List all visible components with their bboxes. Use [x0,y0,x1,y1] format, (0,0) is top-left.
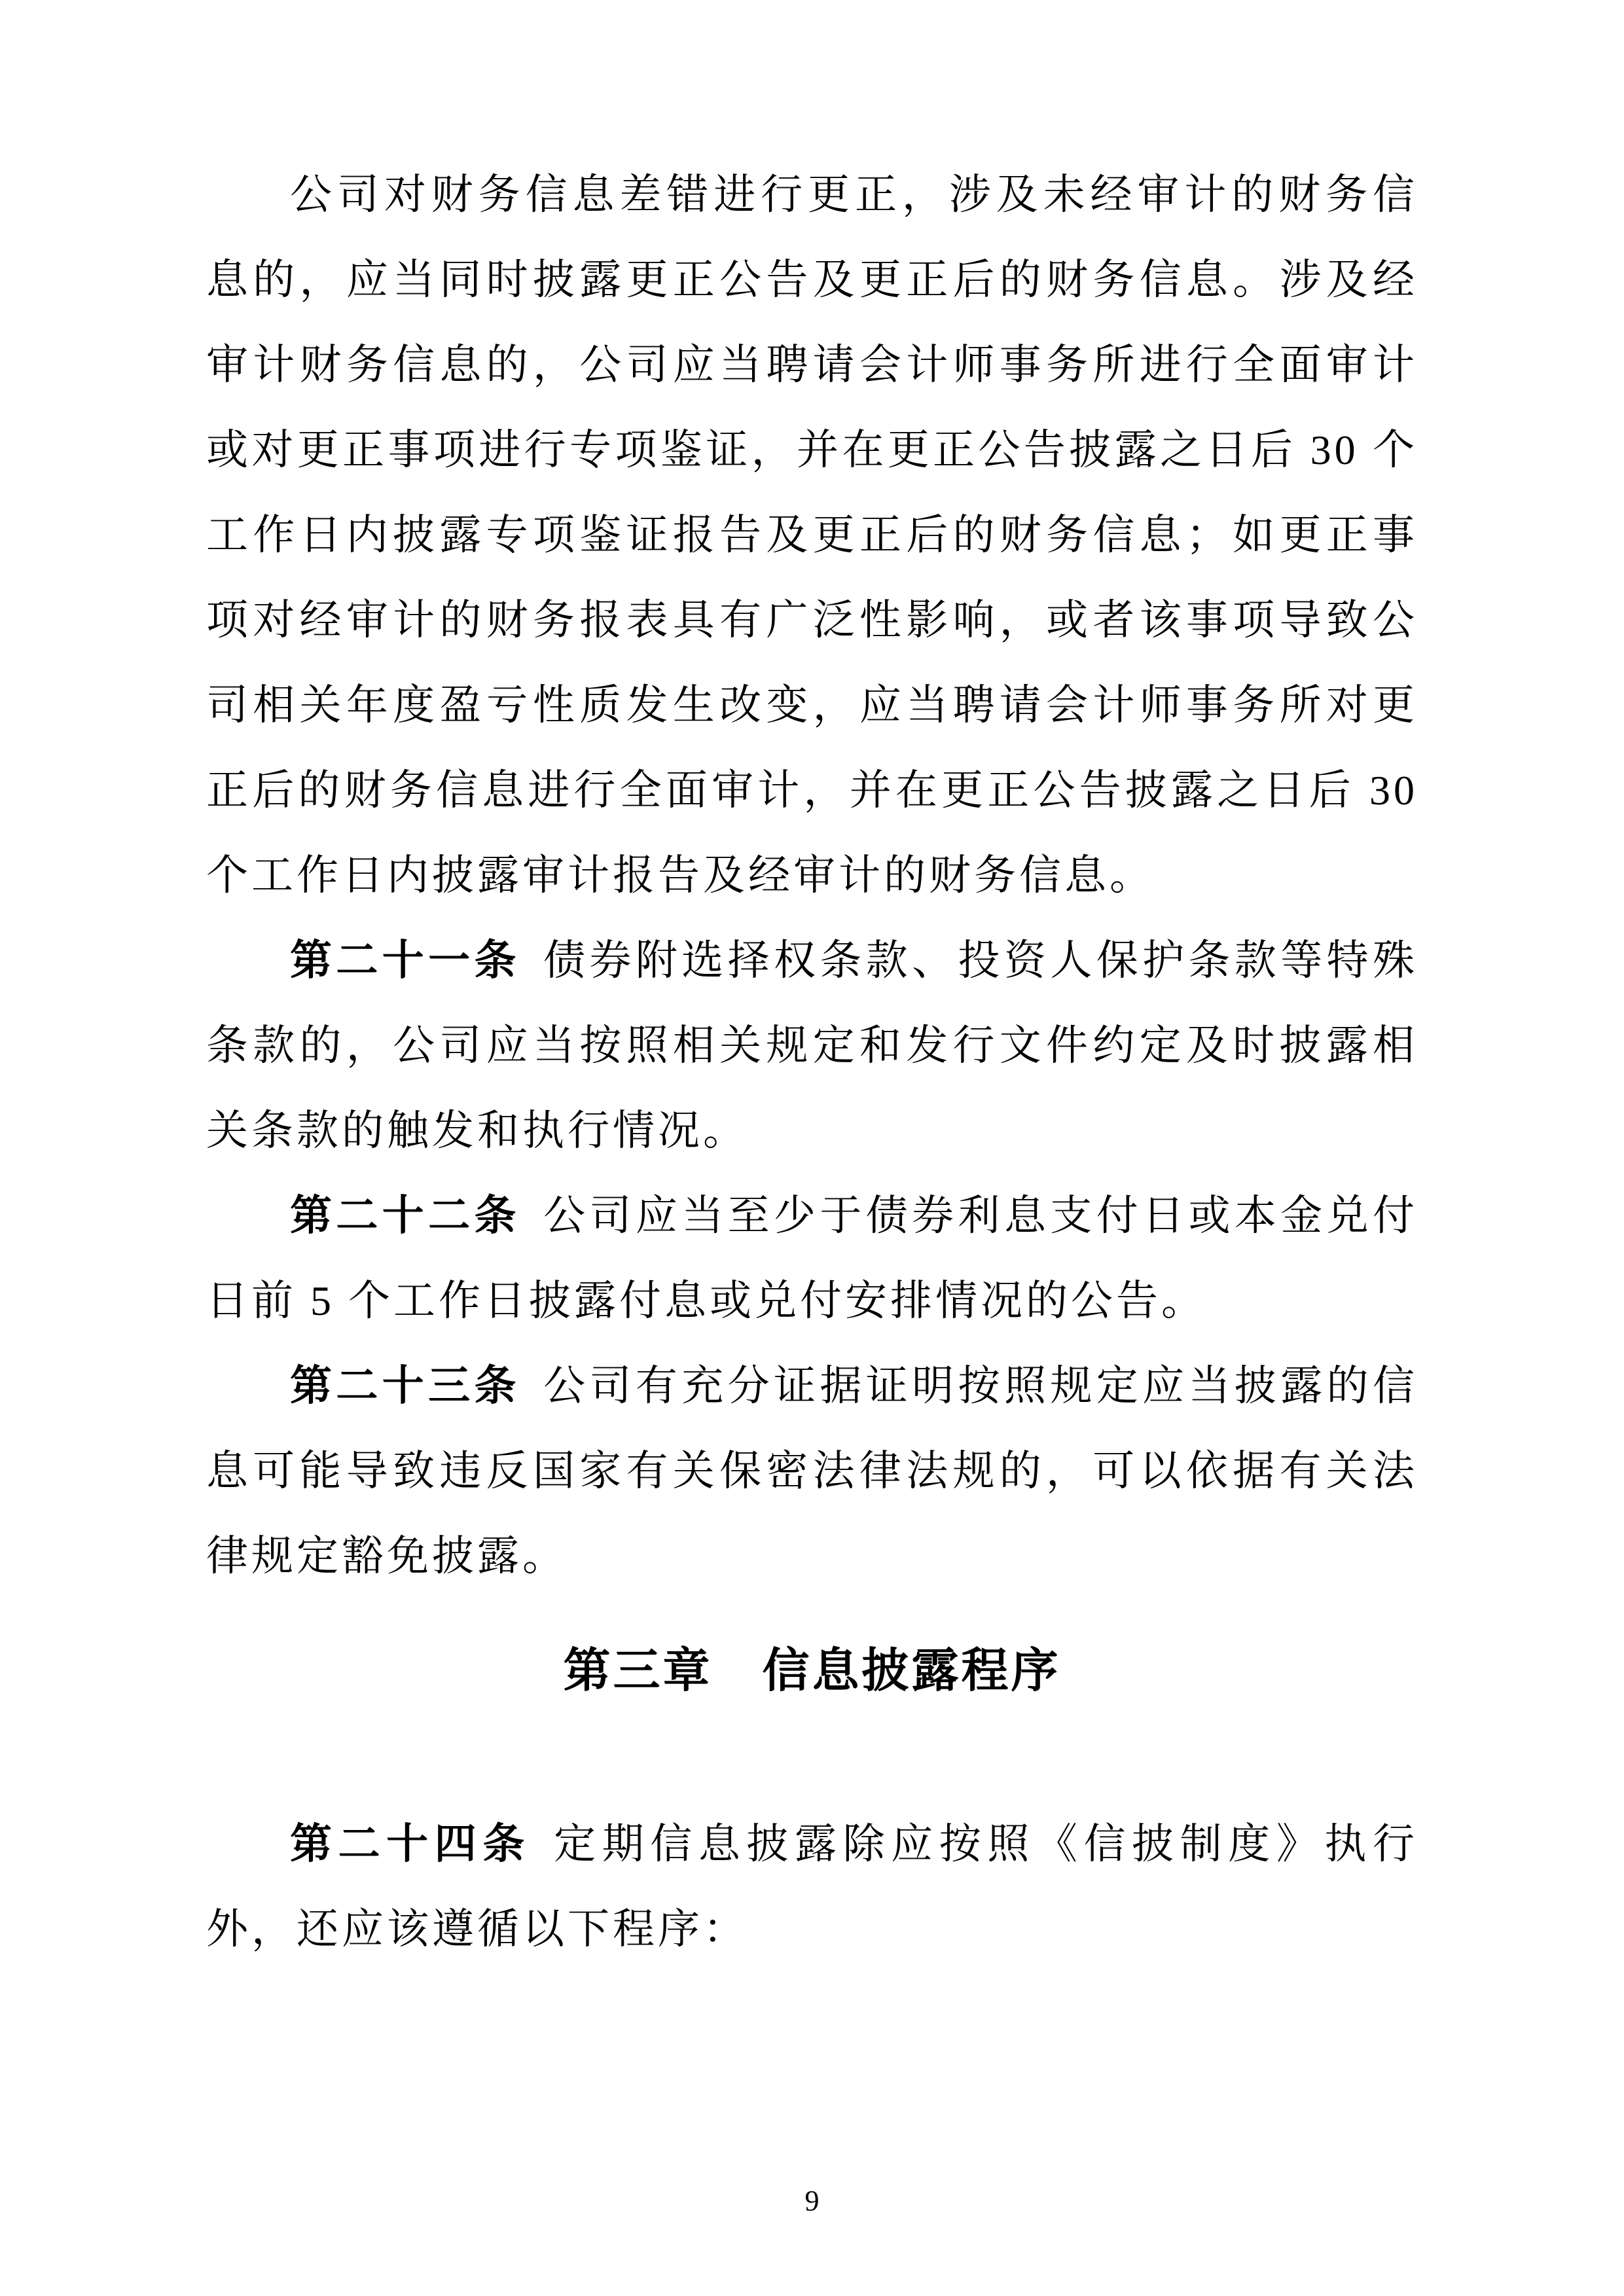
paragraph-financial-correction: 公司对财务信息差错进行更正，涉及未经审计的财务信息的，应当同时披露更正公告及更正… [206,152,1418,918]
article-24-number: 第二十四条 [290,1821,531,1867]
page-body: 公司对财务信息差错进行更正，涉及未经审计的财务信息的，应当同时披露更正公告及更正… [206,152,1418,1972]
chapter-heading: 第三章 信息披露程序 [206,1622,1418,1720]
article-22-number: 第二十二条 [290,1193,520,1239]
paragraph-article-23: 第二十三条公司有充分证据证明按照规定应当披露的信息可能导致违反国家有关保密法律法… [206,1344,1418,1599]
paragraph-article-21: 第二十一条债券附选择权条款、投资人保护条款等特殊条款的，公司应当按照相关规定和发… [206,918,1418,1174]
paragraph-article-22: 第二十二条公司应当至少于债券利息支付日或本金兑付日前 5 个工作日披露付息或兑付… [206,1174,1418,1344]
paragraph-financial-correction-text: 公司对财务信息差错进行更正，涉及未经审计的财务信息的，应当同时披露更正公告及更正… [206,171,1418,899]
article-23-number: 第二十三条 [290,1363,520,1409]
page-number: 9 [0,2185,1624,2217]
document-page: 公司对财务信息差错进行更正，涉及未经审计的财务信息的，应当同时披露更正公告及更正… [0,0,1624,2296]
article-21-number: 第二十一条 [290,937,520,984]
paragraph-article-24: 第二十四条定期信息披露除应按照《信披制度》执行外，还应该遵循以下程序： [206,1802,1418,1972]
